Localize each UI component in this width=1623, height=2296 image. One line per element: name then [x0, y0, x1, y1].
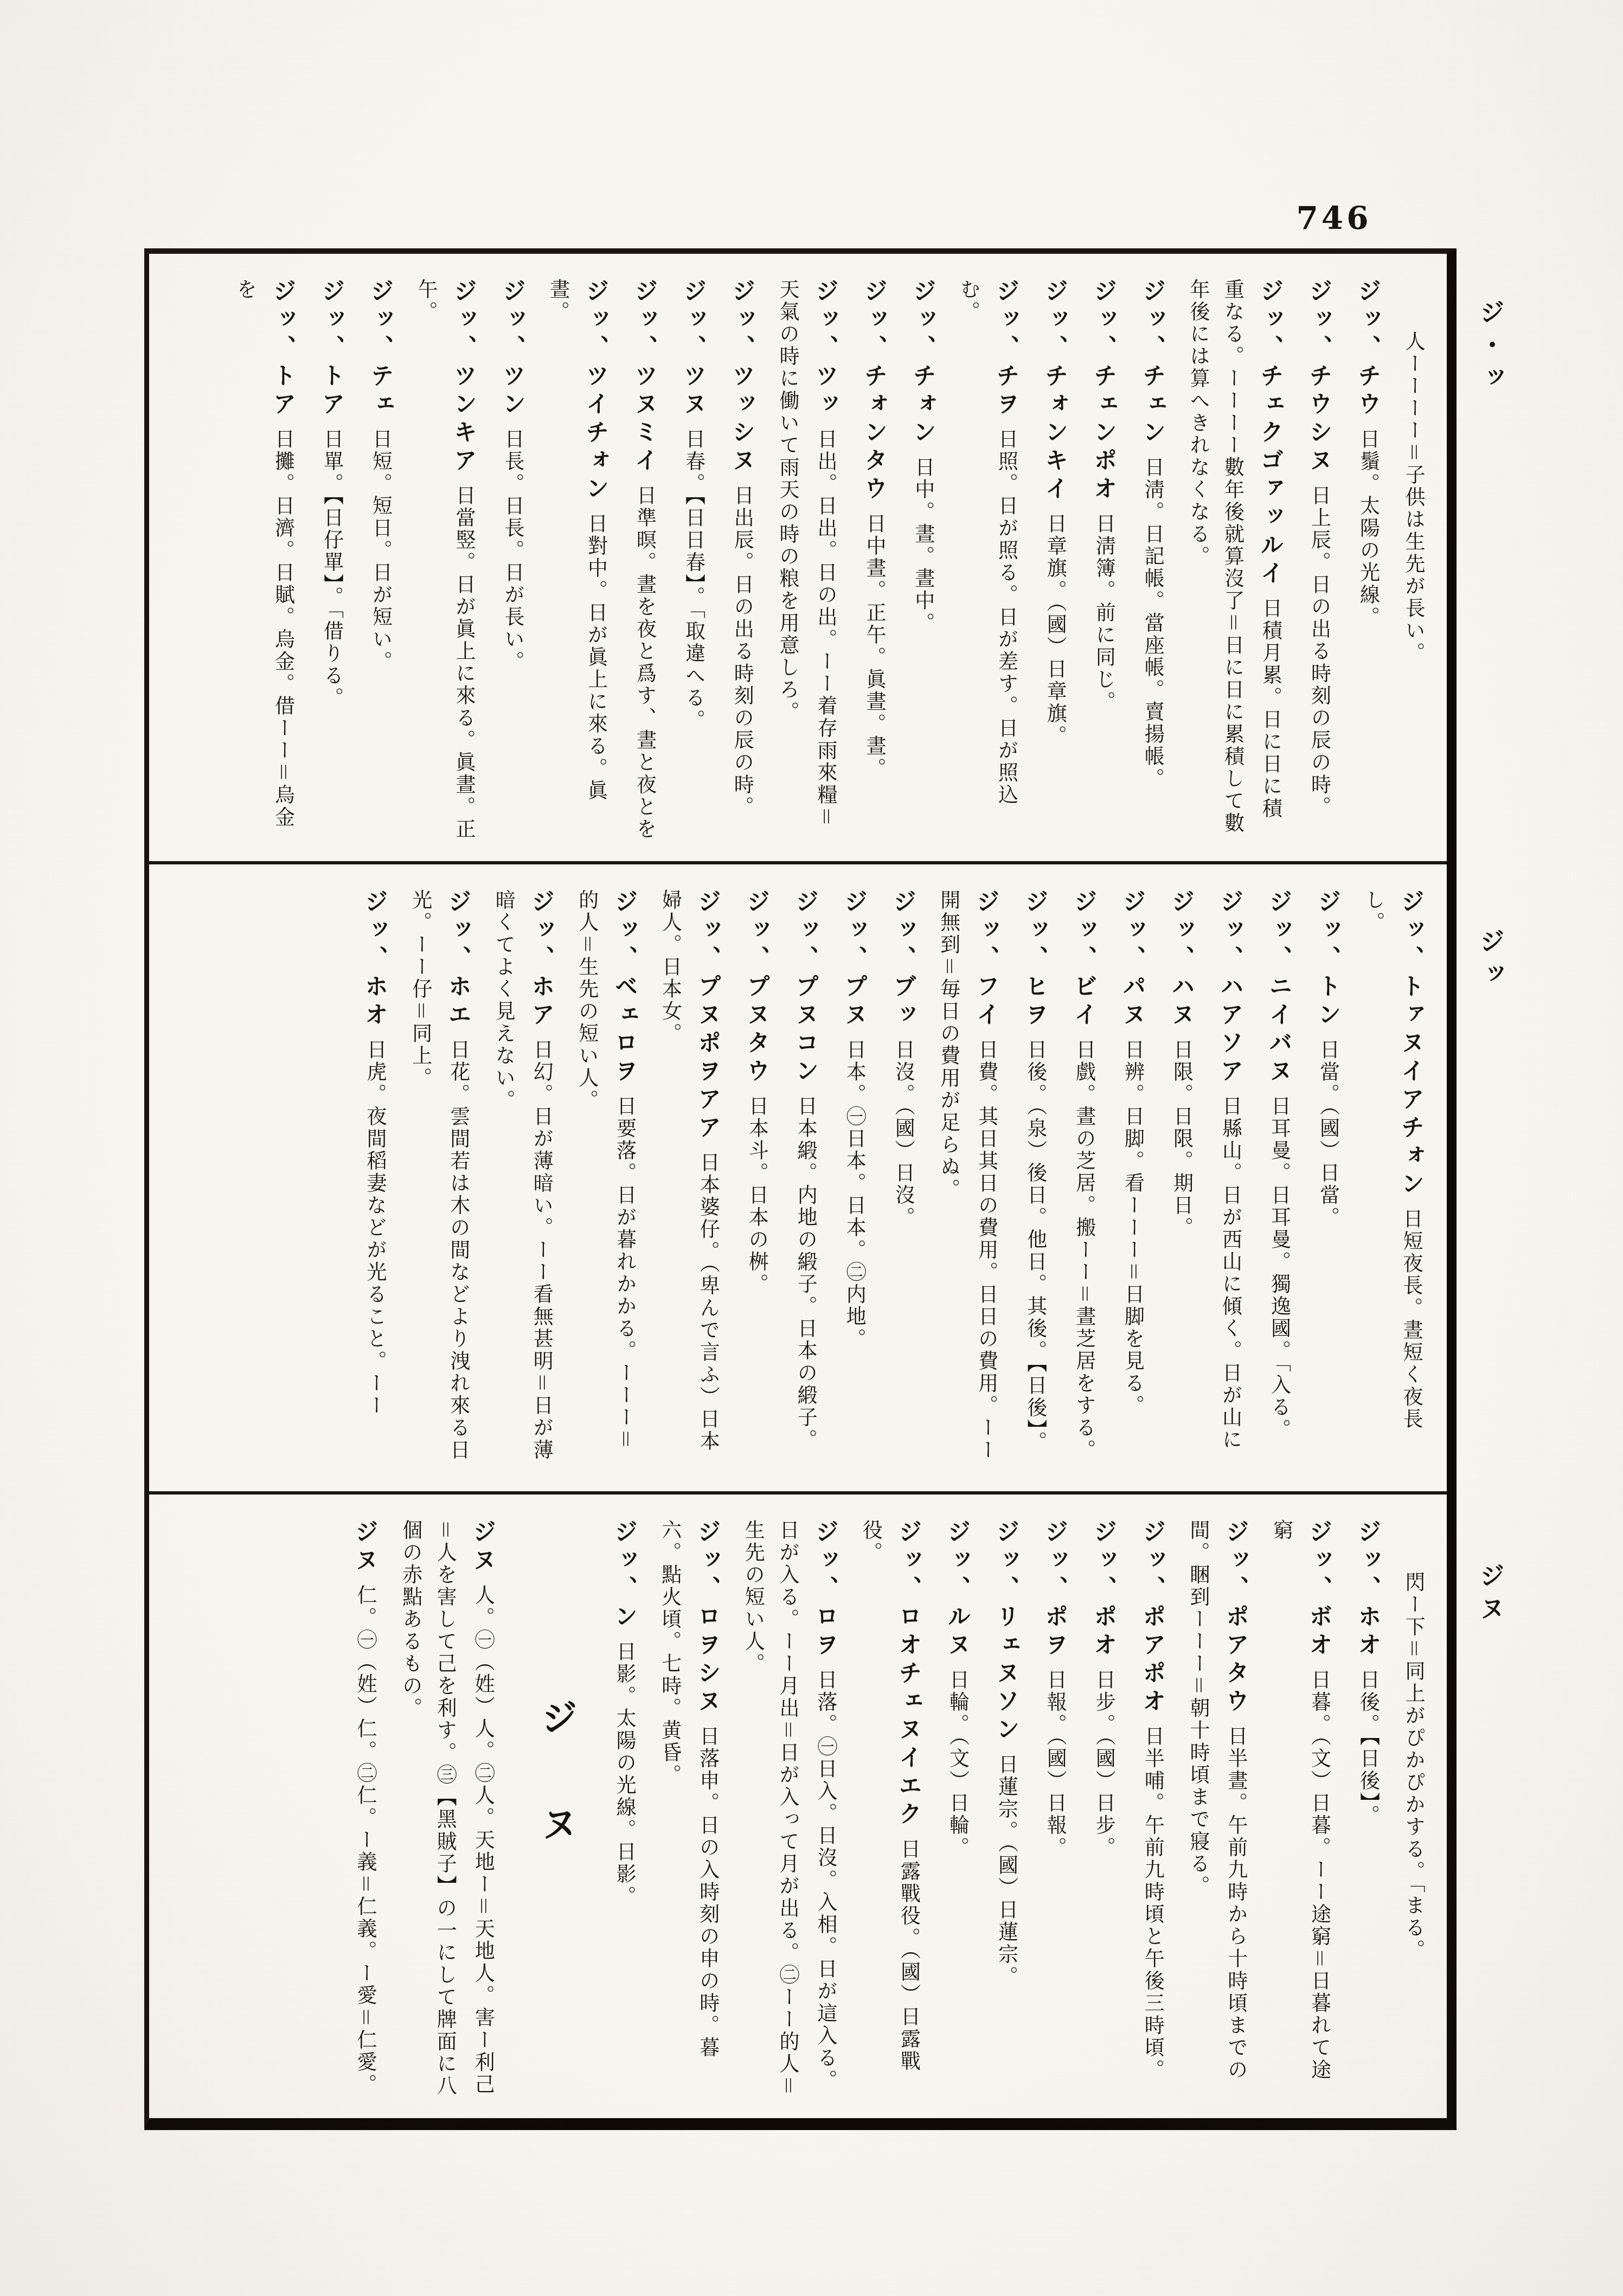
- entry-headword: ジッ、プヌコン: [792, 889, 819, 1087]
- entry-headword: ジッ、ツン: [499, 279, 526, 420]
- dictionary-entry: ジッ、ポヲ 日報。（國）日報。: [1034, 1519, 1074, 2099]
- entry-headword: ジッ、ホア: [528, 889, 555, 1030]
- dictionary-entry: ジッ、ツイチォン 日對中。日が眞上に來る。眞晝。: [541, 279, 615, 842]
- entry-definition: 人ーーーー＝子供は生先が長い。: [1402, 331, 1425, 664]
- dictionary-entry: ジッ、パヌ 日辨。日脚。看ーーー＝日脚を見る。: [1112, 889, 1152, 1472]
- entry-headword: ジッ、チェン: [1139, 279, 1166, 448]
- entry-headword: ジッ、チェクゴァッルイ: [1256, 279, 1284, 589]
- dictionary-entry: ジッ、ツンキア 日當竪。日が眞上に來る。眞晝。正午。: [408, 279, 483, 842]
- dictionary-entry-continuation: 閃ー下＝同上がぴかぴかする。「まる。: [1396, 1519, 1430, 2099]
- page-number: 746: [1280, 200, 1388, 236]
- entry-headword: ジッ、ツイチォン: [582, 279, 609, 504]
- entry-definition: 日當。（國）日當。: [1316, 1039, 1339, 1229]
- entry-headword: ジッ、チウ: [1354, 279, 1381, 420]
- dictionary-entry: ジッ、トン 日當。（國）日當。: [1307, 889, 1347, 1472]
- section-heading: ジ ヌ: [524, 1519, 587, 2099]
- entry-definition: 日輪。（文）日輪。: [946, 1669, 969, 1859]
- dictionary-entry: ジッ、ロヲ 日落。㊀日入。日沒。入相。日が這入る。日が入る。ーー月出＝日が入って…: [736, 1519, 845, 2099]
- entry-headword: ジッ、チウシヌ: [1305, 279, 1332, 476]
- entry-headword: ジッ、ポヲ: [1041, 1519, 1068, 1660]
- entry-headword: ジッ、ホエ: [445, 889, 472, 1030]
- dictionary-entry: ジッ、ポアポオ 日半哺。午前九時頃と午後三時頃。: [1132, 1519, 1172, 2099]
- entry-headword: ジッ、ビイ: [1070, 889, 1098, 1030]
- entry-headword: ジッ、テェ: [367, 279, 394, 420]
- entry-definition: 日上辰。日の出る時刻の辰の時。: [1307, 485, 1331, 818]
- entry-headword: ジッ、トア: [269, 279, 296, 420]
- entry-definition: 日報。（國）日報。: [1043, 1669, 1067, 1859]
- entry-headword: ジッ、トア: [318, 279, 345, 420]
- entry-headword: ジヌ: [469, 1519, 496, 1576]
- entry-definition: 日出辰。日の出る時刻の辰の時。: [730, 485, 754, 818]
- dictionary-entry: ジッ、ン 日影。太陽の光線。日影。: [604, 1519, 644, 2099]
- dictionary-entry: ジッ、ブッ 日沒。（國）日沒。: [882, 889, 922, 1472]
- entry-headword: ジッ、ツッシヌ: [728, 279, 755, 476]
- dictionary-entry: ジッ、ツッ 日出。日出。日の出。ーー着存雨來糧＝天氣の時に働いて雨天の時の粮を用…: [770, 279, 845, 842]
- dictionary-entry: ジッ、ホオ 日後。【日後】。: [1347, 1519, 1387, 2099]
- entry-headword: ジッ、プヌポヲアア: [694, 889, 721, 1143]
- dictionary-band-bottom: 閃ー下＝同上がぴかぴかする。「まる。ジッ、ホオ 日後。【日後】。ジッ、ボオ 日暮…: [149, 1491, 1447, 2118]
- entry-headword: ジッ、ツヌミイ: [631, 279, 658, 476]
- entry-headword: ジッ、チヲ: [992, 279, 1019, 420]
- entry-definition: 日影。太陽の光線。日影。: [613, 1641, 636, 1908]
- dictionary-entry: ジヌ 人。㊀（姓）人。㊁人。天地ー＝天地人。害ー利己＝人を害して己を利す。㊂【黑…: [393, 1519, 502, 2099]
- dictionary-entry-continuation: 人ーーーー＝子供は生先が長い。: [1396, 279, 1430, 842]
- dictionary-entry: ジッ、ボオ 日暮。（文）日暮。ーー途窮＝日暮れて途窮: [1264, 1519, 1339, 2099]
- entry-definition: 日中。晝。晝中。: [912, 457, 935, 634]
- dictionary-entry: ジッ、テェ 日短。短日。日が短い。: [360, 279, 400, 842]
- entry-definition: 日本緞。内地の緞子。日本の緞子。: [794, 1095, 817, 1451]
- margin-section-label-band3: ジヌ: [1473, 1563, 1509, 1628]
- entry-headword: ジッ、ポアポオ: [1139, 1519, 1166, 1717]
- entry-headword: ジッ、トン: [1314, 889, 1341, 1030]
- entry-definition: 日虎。夜間稻妻などが光ること。ーー: [363, 1039, 387, 1417]
- dictionary-entry: ジッ、ホア 日幻。日が薄暗い。ーー看無甚明＝日が薄暗くてよく見えない。: [486, 889, 561, 1472]
- margin-section-label-band2: ジッ: [1473, 928, 1509, 993]
- entry-definition: 日淸。日記帳。當座帳。賣揚帳。: [1141, 457, 1164, 790]
- entry-definition: 人。㊀（姓）人。㊁人。天地ー＝天地人。害ー利己＝人を害して己を利す。㊂【黑賊子】…: [399, 1519, 495, 2098]
- entry-headword: ジッ、チォン: [909, 279, 936, 448]
- dictionary-entry: ジッ、ハアソア 日縣山。日が西山に傾く。日が山に: [1210, 889, 1250, 1472]
- entry-headword: ジッ、ロヲシヌ: [694, 1519, 721, 1717]
- entry-definition: 仁。㊀（姓）仁。㊁仁。ー義＝仁義。ー愛＝仁愛。: [354, 1585, 377, 2096]
- dictionary-entry: ジッ、ツン 日長。日長。日が長い。: [492, 279, 532, 842]
- entry-definition: 日沒。（國）日沒。: [891, 1039, 915, 1229]
- dictionary-entry: ジッ、プヌタウ 日本斗。日本の桝。: [736, 889, 776, 1472]
- page-frame: 人ーーーー＝子供は生先が長い。ジッ、チウ 日鬚。太陽の光線。ジッ、チウシヌ 日上…: [144, 248, 1457, 2130]
- entry-definition: 日縣山。日が西山に傾く。日が山に: [1219, 1095, 1242, 1451]
- entry-headword: ジッ、ルヌ: [944, 1519, 971, 1660]
- entry-headword: ジッ、パヌ: [1119, 889, 1146, 1030]
- entry-headword: ジッ、チェンポオ: [1090, 279, 1117, 504]
- dictionary-entry: ジッ、ポアタウ 日半晝。午前九時から十時頃までの間。睏到ーーー＝朝十時頃まで寢る…: [1181, 1519, 1255, 2099]
- entry-definition: 日淸簿。前に同じ。: [1092, 513, 1115, 713]
- entry-headword: ジッ、ボオ: [1305, 1519, 1332, 1660]
- entry-definition: 日本。㊀日本。日本。㊁内地。: [843, 1039, 866, 1350]
- entry-headword: ジッ、ツヌ: [679, 279, 707, 420]
- entry-headword: ジッ、リェヌソン: [992, 1519, 1019, 1745]
- entry-headword: ジッ、プヌ: [841, 889, 868, 1030]
- dictionary-entry: ジッ、ツッシヌ 日出辰。日の出る時刻の辰の時。: [721, 279, 761, 842]
- dictionary-entry: ジッ、リェヌソン 日蓮宗。（國）日蓮宗。: [985, 1519, 1025, 2099]
- dictionary-entry: ジッ、チォン 日中。晝。晝中。: [902, 279, 942, 842]
- dictionary-entry: ジッ、チォンタウ 日中晝。正午。眞晝。晝。: [854, 279, 894, 842]
- entry-definition: 閃ー下＝同上がぴかぴかする。「まる。: [1402, 1572, 1425, 1962]
- entry-headword: ジッ、ブッ: [889, 889, 916, 1030]
- entry-headword: ジヌ: [351, 1519, 379, 1576]
- entry-definition: 日半哺。午前九時頃と午後三時頃。: [1141, 1726, 1164, 2081]
- entry-headword: ジッ、ハヌ: [1168, 889, 1195, 1030]
- entry-headword: ジッ、ポオ: [1090, 1519, 1117, 1660]
- entry-headword: ジッ、ポアタウ: [1222, 1519, 1249, 1717]
- entry-headword: ジッ、ベェロヲ: [611, 889, 638, 1087]
- entry-definition: 日鬚。太陽の光線。: [1356, 428, 1380, 628]
- entry-definition: 日長。日長。日が長い。: [501, 428, 524, 673]
- entry-headword: ジッ、ロオチェヌイエク: [895, 1519, 922, 1830]
- entry-headword: ジッ、ン: [611, 1519, 638, 1632]
- entry-headword: ジッ、フイ: [973, 889, 1000, 1030]
- entry-definition: 日短。短日。日が短い。: [369, 428, 392, 673]
- dictionary-band-top: 人ーーーー＝子供は生先が長い。ジッ、チウ 日鬚。太陽の光線。ジッ、チウシヌ 日上…: [149, 254, 1447, 861]
- dictionary-entry: ジッ、ロヲシヌ 日落申。日の入時刻の申の時。暮六。點火頃。七時。黄昏。: [652, 1519, 727, 2099]
- entry-definition: 日中晝。正午。眞晝。晝。: [863, 513, 886, 780]
- entry-definition: 日章旗。（國）日章旗。: [1043, 513, 1067, 748]
- entry-headword: ジッ、ツンキア: [450, 279, 477, 476]
- entry-headword: ジッ、トァヌイアチォン: [1397, 889, 1425, 1200]
- dictionary-entry: ジッ、プヌコン 日本緞。内地の緞子。日本の緞子。: [785, 889, 825, 1472]
- entry-headword: ジッ、チォンキイ: [1041, 279, 1068, 504]
- dictionary-entry: ジッ、チヲ 日照。日が照る。日が差す。日が照込む。: [951, 279, 1026, 842]
- dictionary-band-middle: ジッ、トァヌイアチォン 日短夜長。晝短く夜長し。ジッ、トン 日當。（國）日當。ジ…: [149, 861, 1447, 1491]
- entry-headword: ジッ、ロヲ: [812, 1519, 839, 1660]
- dictionary-entry: ジッ、チェンポオ 日淸簿。前に同じ。: [1083, 279, 1123, 842]
- dictionary-entry: ジッ、ハヌ 日限。日限。期日。: [1161, 889, 1201, 1472]
- entry-definition: 日準暝。晝を夜と爲す、晝と夜とを: [633, 485, 656, 841]
- dictionary-entry: ジッ、ホオ 日虎。夜間稻妻などが光ること。ーー: [354, 889, 394, 1472]
- dictionary-entry: ジッ、トァヌイアチォン 日短夜長。晝短く夜長し。: [1356, 889, 1430, 1472]
- entry-definition: 日限。日限。期日。: [1170, 1039, 1194, 1239]
- dictionary-entry: ジッ、ニイバヌ 日耳曼。日耳曼。獨逸國。「入る。: [1259, 889, 1299, 1472]
- entry-definition: 日春。【日日春】。「取違へる。: [682, 428, 705, 732]
- dictionary-entry: ジッ、チォンキイ 日章旗。（國）日章旗。: [1034, 279, 1074, 842]
- dictionary-entry: ジッ、チェクゴァッルイ 日積月累。日に日に積重なる。ーーーー數年後就算沒了＝日に…: [1181, 279, 1290, 842]
- dictionary-entry: ジッ、ツヌ 日春。【日日春】。「取違へる。: [672, 279, 713, 842]
- entry-headword: ジッ、ホオ: [361, 889, 388, 1030]
- dictionary-entry: ジッ、トア 日攤。日濟。日賦。烏金。借ーー＝烏金を: [228, 279, 303, 842]
- dictionary-entry: ジッ、ルヌ 日輪。（文）日輪。: [937, 1519, 977, 2099]
- dictionary-entry: ジッ、フイ 日費。其日其日の費用。日日の費用。ーー開無到＝毎日の費用が足らぬ。: [931, 889, 1006, 1472]
- entry-headword: ジッ、ニイバヌ: [1265, 889, 1292, 1087]
- entry-headword: ジッ、ホオ: [1354, 1519, 1381, 1660]
- entry-definition: 日本斗。日本の桝。: [745, 1095, 768, 1295]
- dictionary-entry: ジッ、トア 日單。【日仔單】。「借りる。: [311, 279, 351, 842]
- dictionary-entry: ジッ、チェン 日淸。日記帳。當座帳。賣揚帳。: [1132, 279, 1172, 842]
- entry-definition: 日後。【日後】。: [1356, 1669, 1380, 1827]
- dictionary-entry: ジッ、プヌポヲアア 日本婆仔。（卑んで言ふ）日本婦人。日本女。: [653, 889, 728, 1472]
- entry-definition: 日戲。晝の芝居。搬ーー＝晝芝居をする。: [1073, 1039, 1096, 1461]
- dictionary-entry: ジッ、ホエ 日花。雲間若は木の間などより洩れ來る日光。ーー仔＝同上。: [403, 889, 478, 1472]
- dictionary-entry: ジヌ 仁。㊀（姓）仁。㊁仁。ー義＝仁義。ー愛＝仁愛。: [344, 1519, 384, 2099]
- dictionary-entry: ジッ、プヌ 日本。㊀日本。日本。㊁内地。: [833, 889, 874, 1472]
- dictionary-entry: ジッ、ベェロヲ 日要落。日が暮れかかる。ーーー＝的人＝生先の短い人。: [569, 889, 644, 1472]
- entry-definition: 日單。【日仔單】。「借りる。: [320, 428, 343, 710]
- entry-definition: 日耳曼。日耳曼。獨逸國。「入る。: [1267, 1095, 1291, 1441]
- dictionary-entry: ジッ、チウシヌ 日上辰。日の出る時刻の辰の時。: [1298, 279, 1338, 842]
- entry-headword: ジッ、プヌタウ: [743, 889, 770, 1087]
- entry-definition: 日蓮宗。（國）日蓮宗。: [995, 1754, 1018, 1989]
- dictionary-entry: ジッ、ツヌミイ 日準暝。晝を夜と爲す、晝と夜とを: [624, 279, 664, 842]
- entry-headword: ジッ、チォンタウ: [861, 279, 888, 504]
- dictionary-entry: ジッ、ヒヲ 日後。（泉）後日。他日。其後。【日後】。: [1015, 889, 1055, 1472]
- entry-definition: 日步。（國）日步。: [1092, 1669, 1115, 1859]
- entry-definition: 日後。（泉）後日。他日。其後。【日後】。: [1024, 1039, 1047, 1454]
- dictionary-entry: ジッ、ビイ 日戲。晝の芝居。搬ーー＝晝芝居をする。: [1063, 889, 1104, 1472]
- dictionary-entry: ジッ、チウ 日鬚。太陽の光線。: [1347, 279, 1387, 842]
- dictionary-entry: ジッ、ロオチェヌイエク 日露戰役。（國）日露戰役。: [854, 1519, 928, 2099]
- dictionary-entry: ジッ、ポオ 日步。（國）日步。: [1083, 1519, 1123, 2099]
- entry-headword: ジッ、ツッ: [812, 279, 839, 420]
- margin-section-label-band1: ジ・ッ: [1473, 299, 1509, 397]
- entry-definition: 日辨。日脚。看ーーー＝日脚を見る。: [1121, 1039, 1145, 1417]
- entry-headword: ジッ、ヒヲ: [1022, 889, 1049, 1030]
- entry-headword: ジッ、ハアソア: [1217, 889, 1244, 1087]
